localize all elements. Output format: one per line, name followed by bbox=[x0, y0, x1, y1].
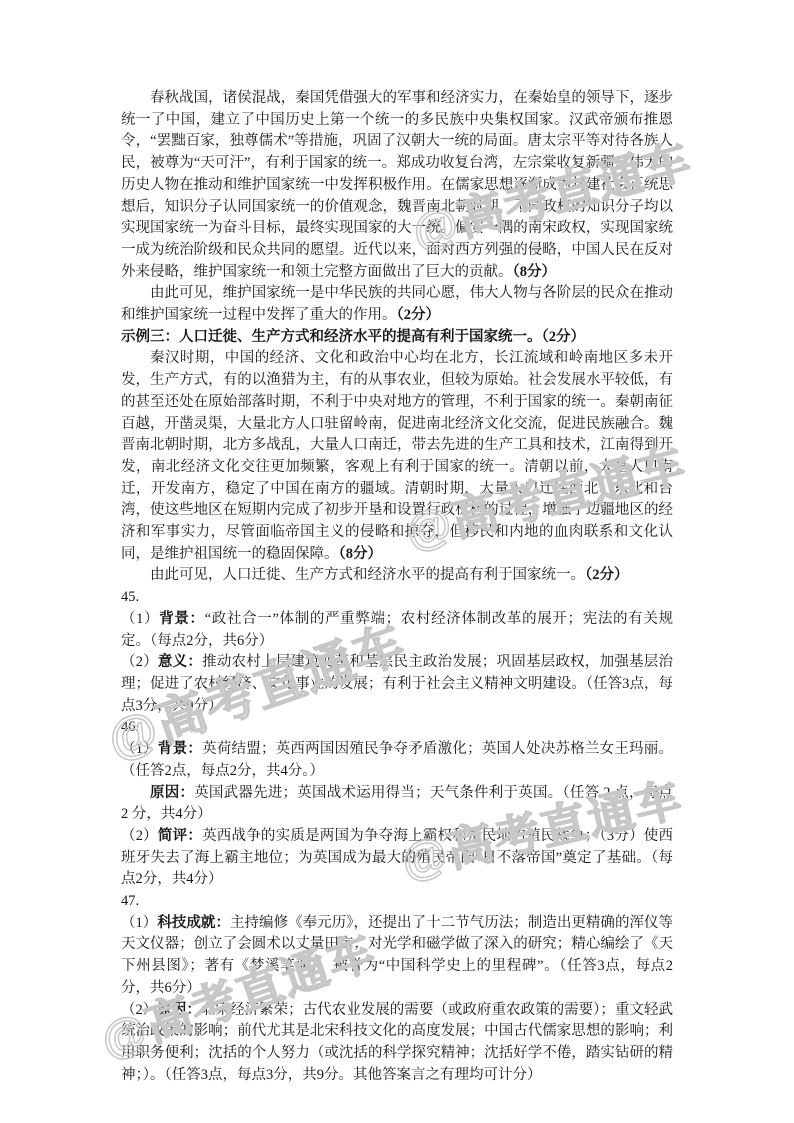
item-text: 推动农村上层建筑变革和基层民主政治发展；巩固基层政权，加强基层治理；促进了农村经… bbox=[121, 654, 673, 713]
item-label: 科技成就： bbox=[157, 915, 230, 931]
answer-content: 春秋战国，诸侯混战，秦国凭借强大的军事和经济实力，在秦始皇的领导下，逐步统一了中… bbox=[121, 88, 673, 1086]
item-label: 意义： bbox=[158, 654, 202, 670]
essay-paragraph-3-text: 秦汉时期，中国的经济、文化和政治中心均在北方，长江流域和岭南地区多未开发，生产方… bbox=[121, 350, 673, 561]
item-text: “政社合一”体制的严重弊端；农村经济体制改革的展开；宪法的有关规定。（每点2分，… bbox=[121, 611, 673, 649]
item-prefix: （2） bbox=[121, 828, 158, 844]
q46-item-1: （1）背景：英荷结盟；英西两国因殖民争夺矛盾激化；英国人处决苏格兰女王玛丽。（任… bbox=[121, 739, 673, 782]
question-46-number: 46. bbox=[121, 717, 673, 739]
q45-item-1: （1）背景：“政社合一”体制的严重弊端；农村经济体制改革的展开；宪法的有关规定。… bbox=[121, 609, 673, 652]
item-prefix: （1） bbox=[121, 915, 157, 931]
question-45-number: 45. bbox=[121, 587, 673, 609]
item-label: 背景： bbox=[159, 611, 204, 627]
q47-item-1: （1）科技成就：主持编修《奉元历》，还提出了十二节气历法；制造出更精确的浑仪等天… bbox=[121, 913, 673, 1000]
item-text: 英西战争的实质是两国为争夺海上霸权和殖民地的殖民战争；（3分）使西班牙失去了海上… bbox=[121, 828, 673, 887]
score-badge: （8分） bbox=[339, 546, 383, 562]
score-badge: （2分） bbox=[585, 567, 629, 583]
essay-paragraph-2: 由此可见，维护国家统一是中华民族的共同心愿，伟大人物与各阶层的民众在推动和维护国… bbox=[121, 283, 673, 326]
essay-paragraph-1-text: 春秋战国，诸侯混战，秦国凭借强大的军事和经济实力，在秦始皇的领导下，逐步统一了中… bbox=[121, 90, 673, 280]
score-badge: （2分） bbox=[397, 307, 441, 323]
q46-item-2: 原因：英国武器先进；英国战术运用得当；天气条件利于英国。（任答 2 点，每点 2… bbox=[121, 783, 673, 826]
item-label: 原因： bbox=[150, 785, 194, 801]
q45-item-2: （2）意义：推动农村上层建筑变革和基层民主政治发展；巩固基层政权，加强基层治理；… bbox=[121, 652, 673, 717]
essay-paragraph-4-text: 由此可见，人口迁徙、生产方式和经济水平的提高有利于国家统一。 bbox=[150, 567, 585, 583]
essay-paragraph-4: 由此可见，人口迁徙、生产方式和经济水平的提高有利于国家统一。（2分） bbox=[121, 565, 673, 587]
item-text: 英国武器先进；英国战术运用得当；天气条件利于英国。（任答 2 点，每点 2 分，… bbox=[121, 785, 673, 823]
item-prefix: （2） bbox=[121, 1002, 157, 1018]
q47-item-2: （2）原因：北宋经济繁荣；古代农业发展的需要（或政府重农政策的需要）；重文轻武统… bbox=[121, 1000, 673, 1087]
question-47-number: 47. bbox=[121, 891, 673, 913]
example3-heading: 示例三：人口迁徙、生产方式和经济水平的提高有利于国家统一。（2分） bbox=[121, 327, 673, 349]
essay-paragraph-1: 春秋战国，诸侯混战，秦国凭借强大的军事和经济实力，在秦始皇的领导下，逐步统一了中… bbox=[121, 88, 673, 283]
item-prefix: （1） bbox=[121, 611, 159, 627]
q46-item-3: （2）简评：英西战争的实质是两国为争夺海上霸权和殖民地的殖民战争；（3分）使西班… bbox=[121, 826, 673, 891]
score-badge: （8分） bbox=[513, 264, 557, 280]
essay-paragraph-3: 秦汉时期，中国的经济、文化和政治中心均在北方，长江流域和岭南地区多未开发，生产方… bbox=[121, 348, 673, 565]
item-text: 英荷结盟；英西两国因殖民争夺矛盾激化；英国人处决苏格兰女王玛丽。（任答2点，每点… bbox=[121, 741, 673, 779]
item-text: 北宋经济繁荣；古代农业发展的需要（或政府重农政策的需要）；重文轻武统治政策的影响… bbox=[121, 1002, 673, 1083]
item-label: 简评： bbox=[158, 828, 202, 844]
item-label: 原因： bbox=[157, 1002, 201, 1018]
document-page: 春秋战国，诸侯混战，秦国凭借强大的军事和经济实力，在秦始皇的领导下，逐步统一了中… bbox=[0, 0, 794, 1123]
item-prefix: （1） bbox=[121, 741, 158, 757]
item-label: 背景： bbox=[158, 741, 202, 757]
item-prefix: （2） bbox=[121, 654, 158, 670]
